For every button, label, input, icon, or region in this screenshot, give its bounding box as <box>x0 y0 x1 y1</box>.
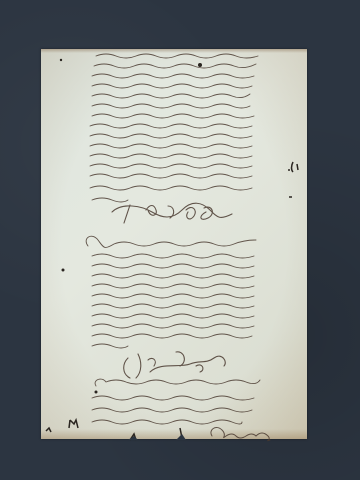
flourish-heading-2 <box>124 352 226 378</box>
body-paragraph-3 <box>92 379 260 424</box>
body-paragraph-1 <box>90 54 258 202</box>
edge-tears <box>128 434 186 440</box>
body-paragraph-2 <box>86 236 256 348</box>
handwriting-ink <box>0 0 360 480</box>
signature <box>211 428 270 441</box>
flourish-heading-1 <box>112 203 232 223</box>
ink-blots <box>60 59 202 394</box>
